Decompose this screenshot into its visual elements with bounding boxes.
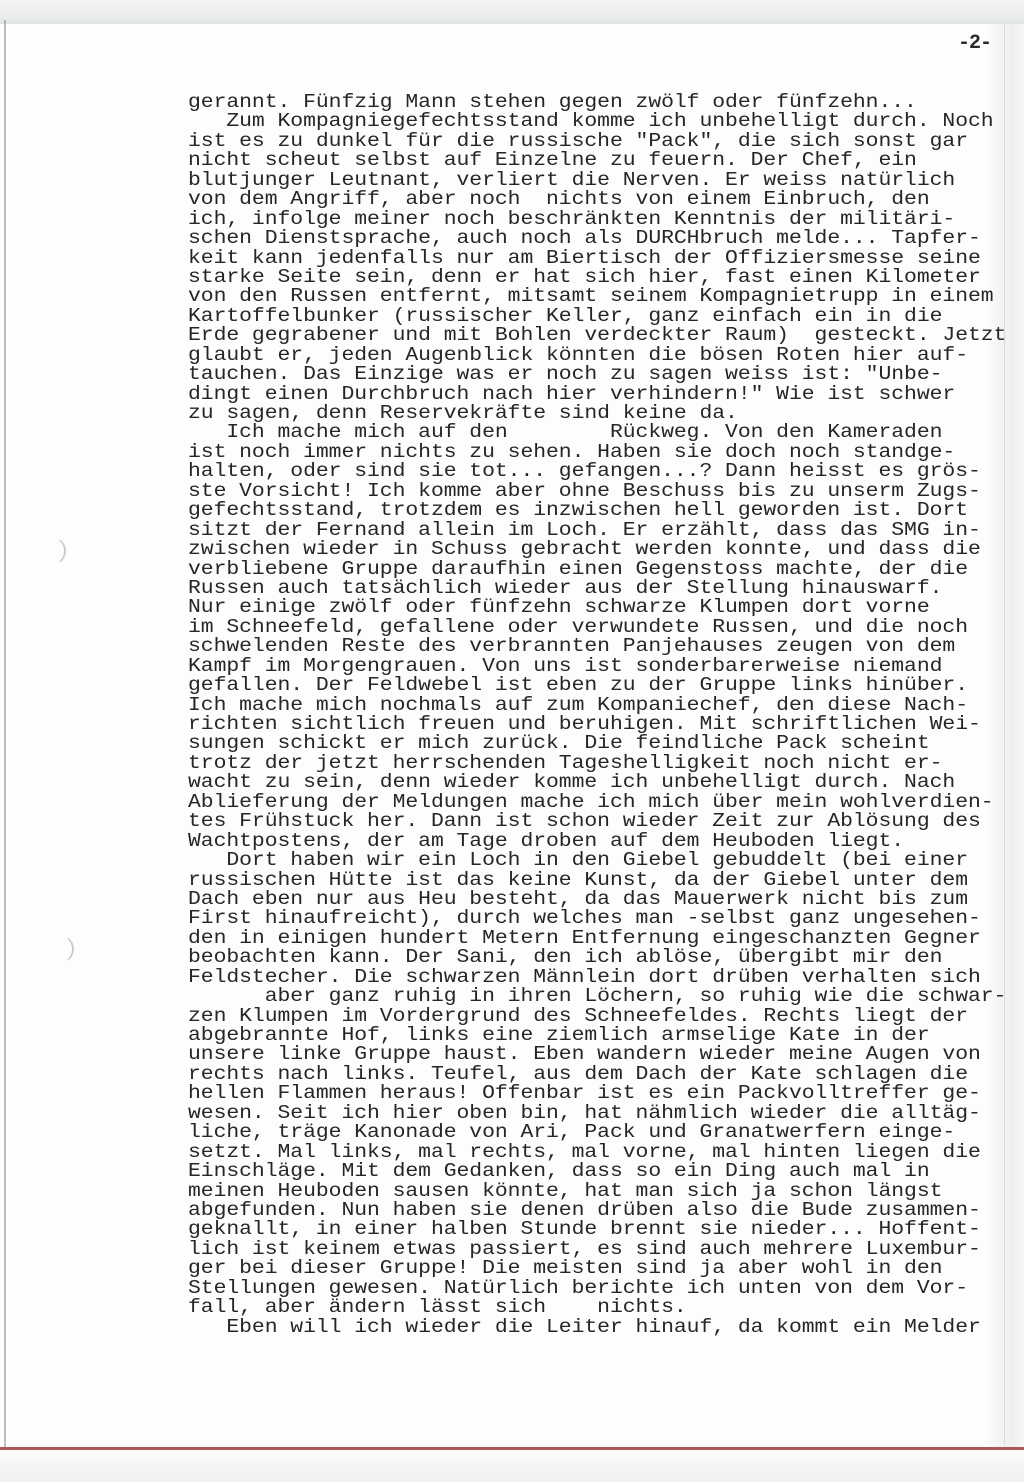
text-line: fall, aber ändern lässt sich nichts. xyxy=(188,1299,1018,1317)
text-line: hellen Flammen heraus! Offenbar ist es e… xyxy=(188,1085,1018,1103)
text-line: First hinaufreicht), durch welches man -… xyxy=(188,910,1018,928)
punch-hole-mark-icon xyxy=(46,935,74,963)
text-line: starke Seite sein, denn er hat sich hier… xyxy=(188,269,1018,287)
text-line: aber ganz ruhig in ihren Löchern, so ruh… xyxy=(188,988,1018,1006)
text-line: dingt einen Durchbruch nach hier verhind… xyxy=(188,386,1018,404)
text-line: liche, träge Kanonade von Ari, Pack und … xyxy=(188,1124,1018,1142)
text-line: trotz der jetzt herrschenden Tageshellig… xyxy=(188,755,1018,773)
typewritten-body-text: gerannt. Fünfzig Mann stehen gegen zwölf… xyxy=(188,94,1018,1338)
bottom-margin xyxy=(0,1450,1024,1482)
text-line: Ich mache mich auf den Rückweg. Von den … xyxy=(188,424,1018,442)
text-line: gefallen. Der Feldwebel ist eben zu der … xyxy=(188,677,1018,695)
text-line: geknallt, in einer halben Stunde brennt … xyxy=(188,1221,1018,1239)
text-line: russischen Hütte ist das keine Kunst, da… xyxy=(188,872,1018,890)
text-line: beobachten kann. Der Sani, den ich ablös… xyxy=(188,949,1018,967)
text-line: abgefunden. Nun haben sie denen drüben a… xyxy=(188,1202,1018,1220)
text-line: Dort haben wir ein Loch in den Giebel ge… xyxy=(188,852,1018,870)
text-line: schwelenden Reste des verbrannten Panjeh… xyxy=(188,638,1018,656)
text-line: Stellungen gewesen. Natürlich berichte i… xyxy=(188,1280,1018,1298)
text-line: tauchen. Das Einzige was er noch zu sage… xyxy=(188,366,1018,384)
text-line: Feldstecher. Die schwarzen Männlein dort… xyxy=(188,969,1018,987)
text-line: Ich mache mich nochmals auf zum Kompanie… xyxy=(188,697,1018,715)
text-line: lich ist keinem etwas passiert, es sind … xyxy=(188,1241,1018,1259)
text-line: Zum Kompagniegefechtsstand komme ich unb… xyxy=(188,113,1018,131)
page-number: -2- xyxy=(958,32,991,55)
text-line: Ablieferung der Meldungen mache ich mich… xyxy=(188,794,1018,812)
text-line: setzt. Mal links, mal rechts, mal vorne,… xyxy=(188,1144,1018,1162)
text-line: tes Frühstuck her. Dann ist schon wieder… xyxy=(188,813,1018,831)
text-line: meinen Heuboden sausen könnte, hat man s… xyxy=(188,1183,1018,1201)
text-line: Russen auch tatsächlich wieder aus der S… xyxy=(188,580,1018,598)
text-line: blutjunger Leutnant, verliert die Nerven… xyxy=(188,172,1018,190)
text-line: unsere linke Gruppe haust. Eben wandern … xyxy=(188,1046,1018,1064)
text-line: Wachtpostens, der am Tage droben auf dem… xyxy=(188,833,1018,851)
text-line: Kartoffelbunker (russischer Keller, ganz… xyxy=(188,308,1018,326)
text-line: im Schneefeld, gefallene oder verwundete… xyxy=(188,619,1018,637)
text-line: Kampf im Morgengrauen. Von uns ist sonde… xyxy=(188,658,1018,676)
text-line: ist noch immer nichts zu sehen. Haben si… xyxy=(188,444,1018,462)
text-line: von dem Angriff, aber noch nichts von ei… xyxy=(188,191,1018,209)
text-line: Dach eben nur aus Heu besteht, da das Ma… xyxy=(188,891,1018,909)
text-line: rechts nach links. Teufel, aus dem Dach … xyxy=(188,1066,1018,1084)
text-line: abgebrannte Hof, links eine ziemlich arm… xyxy=(188,1027,1018,1045)
punch-hole-mark-icon xyxy=(38,537,66,565)
text-line: gerannt. Fünfzig Mann stehen gegen zwölf… xyxy=(188,94,1018,112)
left-margin-line xyxy=(4,20,6,1482)
text-line: keit kann jedenfalls nur am Biertisch de… xyxy=(188,250,1018,268)
text-line: ger bei dieser Gruppe! Die meisten sind … xyxy=(188,1260,1018,1278)
text-line: richten sichtlich freuen und beruhigen. … xyxy=(188,716,1018,734)
text-line: gefechtsstand, trotzdem es inzwischen he… xyxy=(188,502,1018,520)
text-line: zu sagen, denn Reservekräfte sind keine … xyxy=(188,405,1018,423)
text-line: ich, infolge meiner noch beschränkten Ke… xyxy=(188,211,1018,229)
text-line: sitzt der Fernand allein im Loch. Er erz… xyxy=(188,522,1018,540)
text-line: Nur einige zwölf oder fünfzehn schwarze … xyxy=(188,599,1018,617)
text-line: von den Russen entfernt, mitsamt seinem … xyxy=(188,288,1018,306)
text-line: sungen schickt er mich zurück. Die feind… xyxy=(188,735,1018,753)
text-line: zwischen wieder in Schuss gebracht werde… xyxy=(188,541,1018,559)
scanned-page: -2- gerannt. Fünfzig Mann stehen gegen z… xyxy=(0,0,1024,1482)
text-line: Eben will ich wieder die Leiter hinauf, … xyxy=(188,1319,1018,1337)
text-line: nicht scheut selbst auf Einzelne zu feue… xyxy=(188,152,1018,170)
text-line: schen Dienstsprache, auch noch als DURCH… xyxy=(188,230,1018,248)
text-line: Einschläge. Mit dem Gedanken, dass so ei… xyxy=(188,1163,1018,1181)
text-line: glaubt er, jeden Augenblick könnten die … xyxy=(188,347,1018,365)
text-line: wesen. Seit ich hier oben bin, hat nähml… xyxy=(188,1105,1018,1123)
text-line: Erde gegrabener und mit Bohlen verdeckte… xyxy=(188,327,1018,345)
text-line: ist es zu dunkel für die russische "Pack… xyxy=(188,133,1018,151)
text-line: zen Klumpen im Vordergrund des Schneefel… xyxy=(188,1008,1018,1026)
text-line: ste Vorsicht! Ich komme aber ohne Beschu… xyxy=(188,483,1018,501)
text-line: wacht zu sein, denn wieder komme ich unb… xyxy=(188,774,1018,792)
text-line: verbliebene Gruppe daraufhin einen Gegen… xyxy=(188,561,1018,579)
text-line: den in einigen hundert Metern Entfernung… xyxy=(188,930,1018,948)
page-top-edge xyxy=(0,0,1024,24)
text-line: halten, oder sind sie tot... gefangen...… xyxy=(188,463,1018,481)
